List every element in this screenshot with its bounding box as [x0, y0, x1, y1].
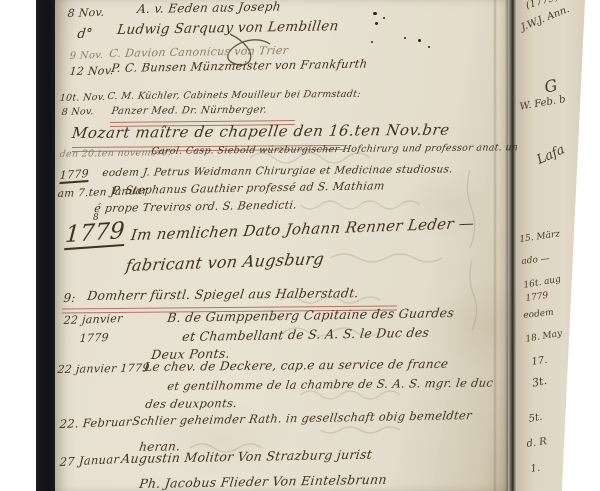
- ink-spot: [373, 12, 377, 15]
- entry-date: 22. Februar: [59, 416, 132, 430]
- entry-text-continued: des deuxponts.: [145, 398, 238, 410]
- entry-date: 12 Nov.: [69, 65, 114, 77]
- ink-spot: [404, 37, 406, 39]
- fragment-text: 17.: [531, 356, 548, 368]
- manuscript-scan: 8 Nov. A. v. Eeden aus Joseph d° Ludwig …: [0, 0, 600, 491]
- fragment-text: 18. May: [525, 330, 563, 345]
- entry-text: Panzer Med. Dr. Nürnberger.: [111, 106, 268, 117]
- book-spine-shadow: [36, 0, 56, 491]
- manuscript-right-page: (1779) J.W.J. Ann. G W. Feb. b Lafa 15. …: [517, 0, 585, 491]
- entry-date: 9:: [63, 292, 76, 304]
- entry-date: 8 Nov.: [67, 7, 105, 19]
- entry-date: 1779: [60, 168, 90, 184]
- entry-date: 22 janvier 1779: [57, 362, 150, 375]
- fragment-text: 15. März: [519, 230, 561, 245]
- entry-date: 22 janvier: [63, 313, 123, 326]
- entry-text-continued: é prope Treviros ord. S. Benedicti.: [94, 199, 298, 214]
- entry-date: 8 Nov.: [61, 107, 94, 117]
- fragment-text: d. R: [526, 437, 547, 450]
- fragment-text: 1779: [525, 292, 549, 304]
- page-crease: [493, 0, 497, 491]
- book-gutter-fold: [505, 0, 519, 491]
- entry-date: 10t. Nov.: [59, 93, 106, 104]
- fragment-text: G: [543, 77, 559, 95]
- fragment-text: 16t. aug: [523, 275, 562, 290]
- mozart-line: Mozart maître de chapelle den 16.ten Nov…: [71, 123, 451, 141]
- ink-spot: [375, 22, 378, 25]
- fragment-text: 1.: [530, 464, 541, 475]
- entry-text: C. Davion Canonicus von Trier: [109, 45, 289, 59]
- fragment-text: ado —: [521, 255, 550, 267]
- ink-spot: [418, 39, 421, 42]
- fragment-text: Lafa: [535, 143, 567, 167]
- fragment-text: 3t.: [531, 375, 548, 389]
- ink-spot: [383, 17, 385, 19]
- entry-date: 9 Nov.: [69, 51, 103, 62]
- entry-text: A. v. Eeden aus Joseph: [137, 0, 282, 15]
- entry-date: d°: [77, 27, 94, 41]
- entry-year-large: 1779: [64, 220, 125, 250]
- fragment-text: W. Feb. b: [519, 95, 566, 113]
- entry-date-year: 1779: [79, 332, 109, 344]
- entry-text: Domherr fürstl. Spiegel aus Halberstadt.: [86, 287, 359, 302]
- entry-date: 27 Januar: [59, 454, 119, 469]
- ink-spot: [428, 46, 430, 48]
- entry-text: C. M. Küchler, Cabinets Mouilleur bei Da…: [107, 90, 362, 102]
- fragment-text: 5t.: [528, 413, 543, 425]
- fragment-text: eodem: [523, 309, 554, 321]
- entry-text: Le chev. de Deckere, cap.e au service de…: [143, 358, 449, 373]
- ink-spot: [371, 41, 373, 43]
